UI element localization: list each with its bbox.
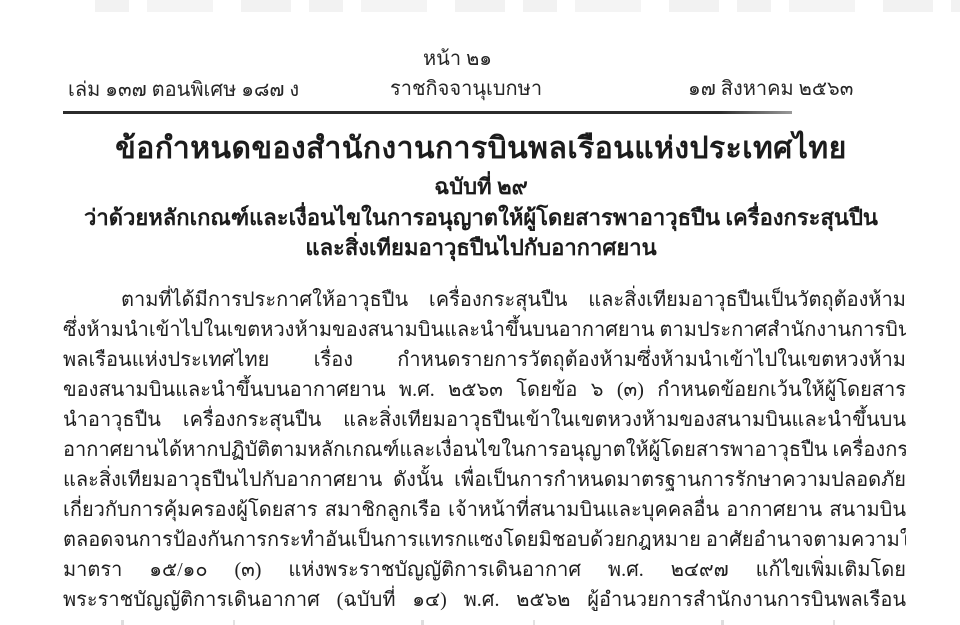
publication-date-label: ๑๗ สิงหาคม ๒๕๖๓ — [688, 76, 853, 102]
document-subtitle-line-1: ว่าด้วยหลักเกณฑ์และเงื่อนไขในการอนุญาตให… — [55, 203, 907, 233]
gazette-name-label: ราชกิจจานุเบกษา — [390, 76, 542, 102]
header-divider-rule — [63, 111, 792, 114]
body-text-line: เกี่ยวกับการคุ้มครองผู้โดยสาร สมาชิกลูกเ… — [63, 495, 906, 525]
document-subtitle-line-2: และสิ่งเทียมอาวุธปืนไปกับอากาศยาน — [55, 233, 907, 263]
volume-issue-label: เล่ม ๑๓๗ ตอนพิเศษ ๑๘๗ ง — [68, 77, 299, 103]
body-text-line: อากาศยานได้หากปฏิบัติตามหลักเกณฑ์และเงื่… — [63, 435, 906, 465]
body-text-line: ตลอดจนการป้องกันการกระทำอันเป็นการแทรกแซ… — [63, 525, 906, 555]
document-title-block: ข้อกำหนดของสำนักงานการบินพลเรือนแห่งประเ… — [55, 126, 907, 263]
body-text-line: พลเรือนแห่งประเทศไทย เรื่อง กำหนดรายการว… — [63, 345, 906, 375]
document-title: ข้อกำหนดของสำนักงานการบินพลเรือนแห่งประเ… — [55, 126, 907, 171]
page-number-label: หน้า ๒๑ — [423, 46, 492, 72]
bottom-cutoff-text-artifact — [63, 620, 906, 625]
body-text-line: นำอาวุธปืน เครื่องกระสุนปืน และสิ่งเทียม… — [63, 405, 906, 435]
body-text-line: มาตรา ๑๕/๑๐ (๓) แห่งพระราชบัญญัติการเดิน… — [63, 555, 906, 585]
document-issue-number: ฉบับที่ ๒๙ — [55, 171, 907, 203]
body-text-line: ซึ่งห้ามนำเข้าไปในเขตหวงห้ามของสนามบินแล… — [63, 315, 906, 345]
body-text-line: และสิ่งเทียมอาวุธปืนไปกับอากาศยาน ดังนั้… — [63, 465, 906, 495]
top-scan-artifact — [95, 0, 960, 12]
body-text-line: ของสนามบินและนำขึ้นบนอากาศยาน พ.ศ. ๒๕๖๓ … — [63, 375, 906, 405]
gazette-document-page: หน้า ๒๑ เล่ม ๑๓๗ ตอนพิเศษ ๑๘๗ ง ราชกิจจา… — [0, 0, 960, 625]
body-text-line: ตามที่ได้มีการประกาศให้อาวุธปืน เครื่องก… — [63, 285, 906, 315]
document-body-paragraph: ตามที่ได้มีการประกาศให้อาวุธปืน เครื่องก… — [63, 285, 906, 615]
body-text-line: พระราชบัญญัติการเดินอากาศ (ฉบับที่ ๑๔) พ… — [63, 585, 906, 615]
